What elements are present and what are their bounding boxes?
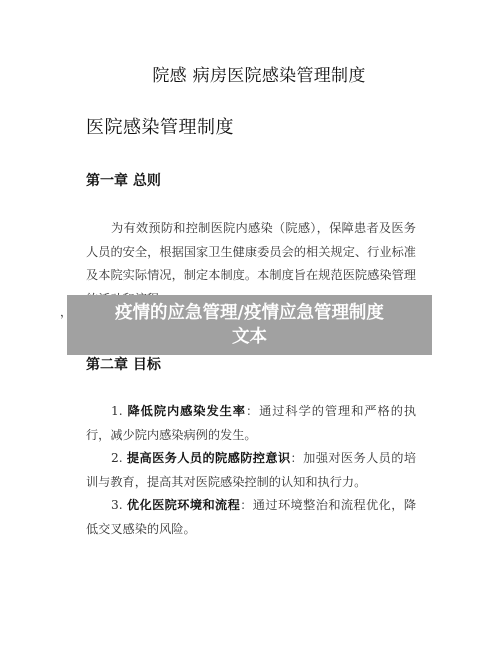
banner-line-1: 疫情的应急管理/疫情应急管理制度 <box>67 301 432 325</box>
banner-line-2: 文本 <box>67 325 432 349</box>
goal-item-3: 3. 优化医院环境和流程：通过环境整治和流程优化，降低交叉感染的风险。 <box>86 494 416 541</box>
document-title: 院感 病房医院感染管理制度 <box>0 61 500 86</box>
colon: ： <box>291 451 304 465</box>
goal-item-1: 1. 降低院内感染发生率：通过科学的管理和严格的执行，减少院内感染病例的发生。 <box>86 400 416 447</box>
colon: ： <box>240 498 253 512</box>
goal-label: 优化医院环境和流程 <box>127 498 240 512</box>
goal-number: 3. <box>111 498 123 512</box>
goal-item-2: 2. 提高医务人员的院感防控意识：加强对医务人员的培训与教育，提高其对医院感染控… <box>86 447 416 494</box>
goal-label: 提高医务人员的院感防控意识 <box>127 451 291 465</box>
goal-number: 1. <box>111 404 123 418</box>
goal-label: 降低院内感染发生率 <box>128 404 246 418</box>
goal-number: 2. <box>111 451 123 465</box>
chapter-1-title: 第一章 总则 <box>86 170 161 190</box>
overlay-title-banner: 疫情的应急管理/疫情应急管理制度 文本 <box>67 295 432 355</box>
colon: ： <box>246 404 259 418</box>
section-heading: 医院感染管理制度 <box>86 113 234 139</box>
chapter-2-title: 第二章 目标 <box>86 354 161 374</box>
